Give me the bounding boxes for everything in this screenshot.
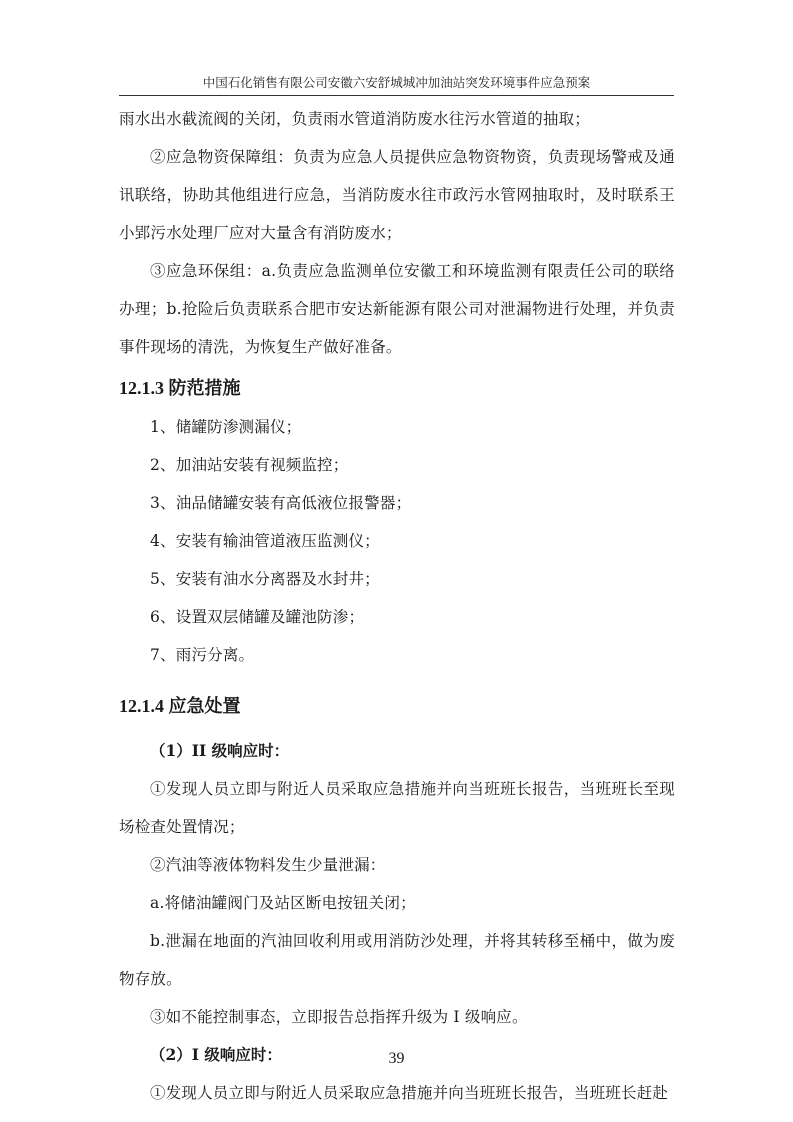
paragraph: ③如不能控制事态，立即报告总指挥升级为 I 级响应。 [119, 998, 675, 1036]
section-heading-12-1-4: 12.1.4 应急处置 [119, 694, 675, 718]
subheading-level2-response: （1）II 级响应时： [119, 732, 675, 770]
header-divider [119, 95, 674, 96]
paragraph: a.将储油罐阀门及站区断电按钮关闭； [119, 884, 675, 922]
paragraph: b.泄漏在地面的汽油回收利用或用消防沙处理，并将其转移至桶中，做为废物存放。 [119, 922, 675, 998]
list-item: 1、储罐防渗测漏仪； [119, 408, 675, 446]
section-heading-12-1-3: 12.1.3 防范措施 [119, 376, 675, 400]
paragraph: ①发现人员立即与附近人员采取应急措施并向当班班长报告，当班班长赶赴 [119, 1074, 675, 1112]
list-item: 3、油品储罐安装有高低液位报警器； [119, 484, 675, 522]
list-item: 4、安装有输油管道液压监测仪； [119, 522, 675, 560]
document-body: 雨水出水截流阀的关闭，负责雨水管道消防废水往污水管道的抽取； ②应急物资保障组：… [119, 100, 675, 1112]
list-item: 6、设置双层储罐及罐池防渗； [119, 598, 675, 636]
list-item: 5、安装有油水分离器及水封井； [119, 560, 675, 598]
paragraph: ②汽油等液体物料发生少量泄漏： [119, 846, 675, 884]
paragraph: ③应急环保组：a.负责应急监测单位安徽工和环境监测有限责任公司的联络办理；b.抢… [119, 252, 675, 366]
paragraph: 雨水出水截流阀的关闭，负责雨水管道消防废水往污水管道的抽取； [119, 100, 675, 138]
list-item: 7、雨污分离。 [119, 636, 675, 674]
paragraph: ①发现人员立即与附近人员采取应急措施并向当班班长报告，当班班长至现场检查处置情况… [119, 770, 675, 846]
list-item: 2、加油站安装有视频监控； [119, 446, 675, 484]
page-number: 39 [0, 1050, 793, 1068]
running-header: 中国石化销售有限公司安徽六安舒城城冲加油站突发环境事件应急预案 [119, 74, 674, 92]
paragraph: ②应急物资保障组：负责为应急人员提供应急物资物资，负责现场警戒及通讯联络，协助其… [119, 138, 675, 252]
prevention-measures-list: 1、储罐防渗测漏仪； 2、加油站安装有视频监控； 3、油品储罐安装有高低液位报警… [119, 408, 675, 674]
